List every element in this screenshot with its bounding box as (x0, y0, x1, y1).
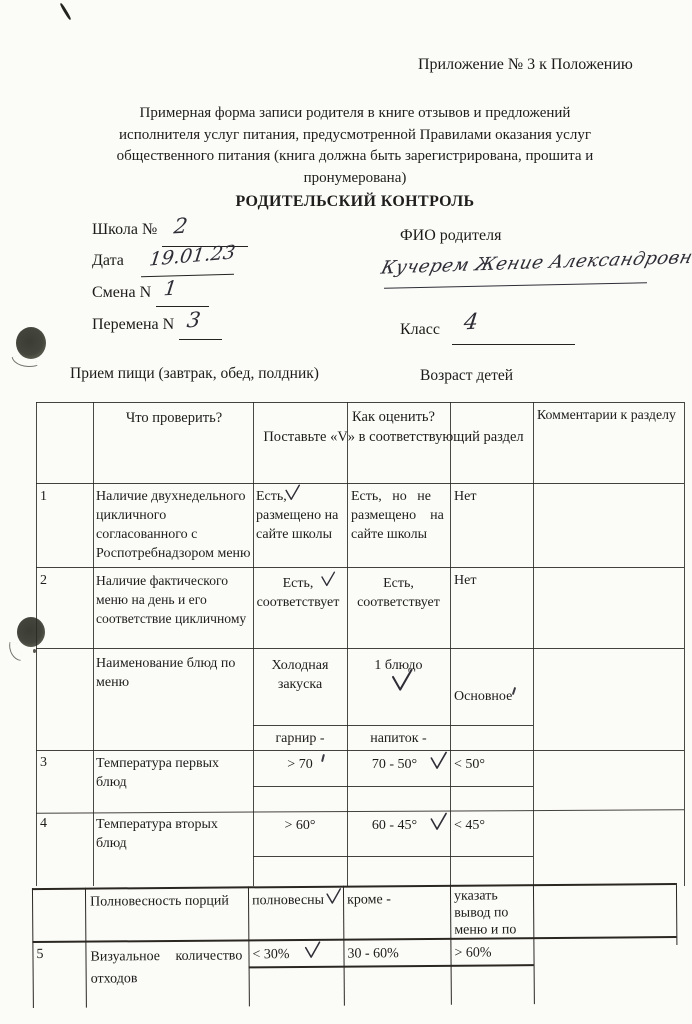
checkmark-icon (303, 941, 321, 959)
table-line-v (450, 402, 451, 886)
table-line-h (36, 483, 684, 484)
row5-what: Визуальное количество отходов (90, 945, 248, 990)
portions-option-a: полновесны (252, 891, 324, 911)
checkmark-icon (390, 668, 414, 692)
table-line-v (93, 402, 94, 886)
table-line-v (347, 402, 348, 886)
row2-option-c: Нет (454, 571, 476, 590)
header-what-cell: Что проверить? (95, 409, 253, 428)
row2-option-b: Есть, соответствует (347, 574, 450, 612)
table-line-v (253, 402, 254, 886)
row3-option-c: < 50° (454, 755, 485, 774)
row4-option-b: 60 - 45° (347, 816, 442, 835)
table-line-v (533, 884, 535, 1004)
row3-num: 3 (40, 753, 47, 772)
table-line-h (32, 883, 676, 890)
checkmark-icon (284, 484, 301, 501)
row2-what: Наличие фактического меню на день и его … (96, 571, 252, 628)
table-line-h (249, 964, 534, 968)
row1-num: 1 (40, 487, 47, 506)
row5-option-a: < 30% (252, 945, 289, 964)
main-course-line: Основное (454, 688, 532, 706)
table-line-h (36, 809, 684, 814)
checkmark-icon (429, 751, 448, 770)
table-line-h (36, 567, 684, 568)
table-line-h (253, 786, 533, 787)
scanned-form-page: Приложение № 3 к Положению Примерная фор… (0, 0, 692, 1024)
main-table: Что проверить? Как оценить? Поставьте «V… (0, 0, 692, 1024)
bottom-table: Полновесность порций полновесны кроме - … (0, 879, 692, 1024)
table-line-v (450, 885, 452, 1005)
row4-option-a: > 60° (253, 816, 347, 835)
portions-option-c: указать вывод по меню и по (454, 887, 516, 938)
row2-num: 2 (40, 571, 47, 590)
table-line-h (36, 648, 684, 649)
row5-option-b: 30 - 60% (347, 944, 398, 963)
row5-num: 5 (36, 945, 43, 964)
dishes-garnish-cell: гарнир - (253, 729, 347, 748)
portions-option-b: кроме - (347, 890, 391, 909)
table-line-v (343, 886, 345, 1006)
table-line-v (85, 888, 87, 1008)
row3-option-a: > 70 (253, 755, 347, 774)
row4-what: Температура вторых блюд (96, 815, 252, 853)
portions-what: Полновесность порций (90, 892, 229, 912)
header-how-cell: Как оценить? Поставьте «V» в соответству… (255, 407, 532, 447)
row1-what: Наличие двухнедельного цикличного соглас… (96, 487, 252, 563)
table-line-h (32, 936, 676, 943)
checkmark-icon (429, 812, 448, 831)
dishes-drink-cell: напиток - (347, 729, 450, 748)
row1-option-c: Нет (454, 487, 476, 506)
dishes-what: Наименование блюд по меню (96, 654, 252, 692)
table-line-v (676, 883, 678, 945)
table-line-v (32, 888, 34, 1008)
table-line-v (36, 402, 37, 886)
row3-option-b: 70 - 50° (347, 755, 442, 774)
row1-option-b: Есть, но не размещено на сайте школы (351, 487, 444, 544)
row4-num: 4 (40, 814, 47, 833)
dishes-main-course-cell: Основное блюдо (мясное, рыбное и пр.) (454, 653, 532, 727)
row3-what: Температура первых блюд (96, 754, 252, 792)
table-line-h (253, 856, 533, 857)
dishes-cold-starter-cell: Холодная закуска (253, 656, 347, 694)
row5-option-c: > 60% (454, 943, 491, 962)
row4-option-c: < 45° (454, 816, 485, 835)
header-comments-cell: Комментарии к разделу (537, 405, 683, 424)
table-line-v (684, 402, 685, 886)
table-line-v (533, 402, 534, 886)
checkmark-icon (320, 571, 336, 587)
table-line-h (36, 750, 684, 751)
table-line-h (36, 402, 684, 403)
checkmark-icon (325, 888, 342, 905)
